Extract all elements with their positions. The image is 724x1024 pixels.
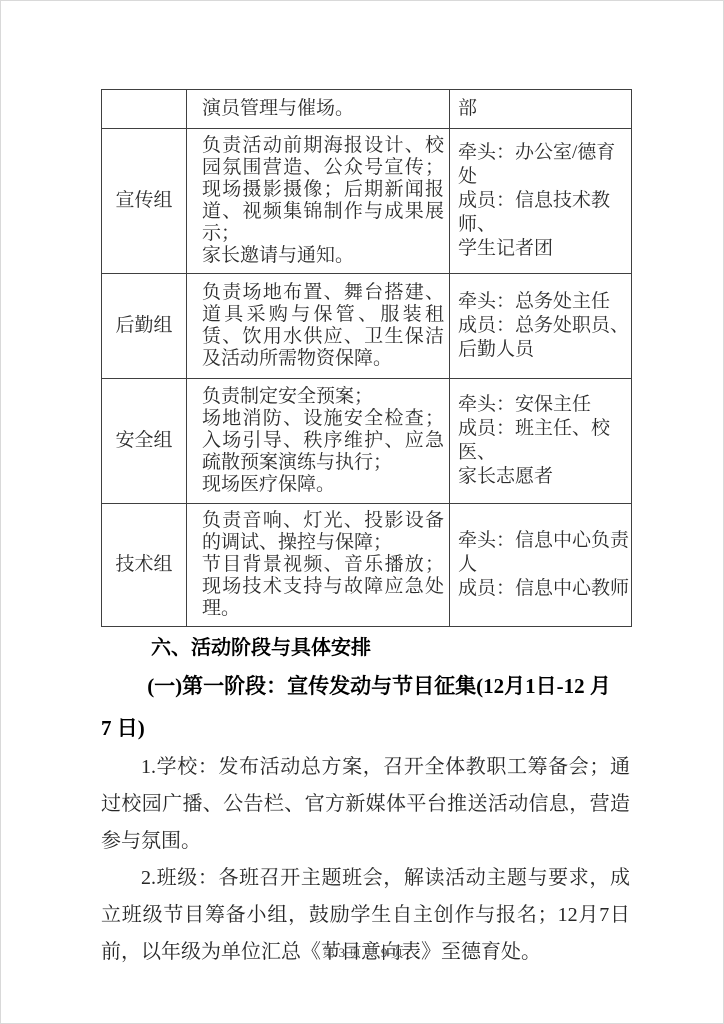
document-page: 演员管理与催场。 部 宣传组 负责活动前期海报设计、校园氛围营造、公众号宣传；现…: [0, 0, 724, 1024]
team-cell: 牵头：信息中心负责 人 成员：信息中心教师: [450, 504, 632, 627]
duty-cell: 负责活动前期海报设计、校园氛围营造、公众号宣传；现场摄影摄像；后期新闻报道、视频…: [187, 129, 450, 274]
table-row: 技术组 负责音响、灯光、投影设备的调试、操控与保障； 节目背景视频、音乐播放；现…: [102, 504, 632, 627]
duty-cell: 演员管理与催场。: [187, 90, 450, 129]
team-cell: 部: [450, 90, 632, 129]
team-cell: 牵头：安保主任 成员：班主任、校医、 家长志愿者: [450, 379, 632, 504]
page-number: 第 3 页 共 9 页: [1, 942, 724, 961]
table-row: 演员管理与催场。 部: [102, 90, 632, 129]
table-row: 后勤组 负责场地布置、舞台搭建、道具采购与保管、服装租赁、饮用水供应、卫生保洁及…: [102, 274, 632, 379]
duty-cell: 负责场地布置、舞台搭建、道具采购与保管、服装租赁、饮用水供应、卫生保洁及活动所需…: [187, 274, 450, 379]
group-cell: 技术组: [102, 504, 187, 627]
team-cell: 牵头：总务处主任 成员：总务处职员、 后勤人员: [450, 274, 632, 379]
table-row: 安全组 负责制定安全预案； 场地消防、设施安全检查；入场引导、秩序维护、应急疏散…: [102, 379, 632, 504]
duty-cell: 负责音响、灯光、投影设备的调试、操控与保障； 节目背景视频、音乐播放；现场技术支…: [187, 504, 450, 627]
section-heading: 六、活动阶段与具体安排: [101, 635, 630, 661]
group-cell: 安全组: [102, 379, 187, 504]
team-cell: 牵头：办公室/德育处 成员：信息技术教师、 学生记者团: [450, 129, 632, 274]
body-paragraph: 1.学校：发布活动总方案，召开全体教职工筹备会；通过校园广播、公告栏、官方新媒体…: [101, 749, 630, 860]
group-cell: [102, 90, 187, 129]
table-row: 宣传组 负责活动前期海报设计、校园氛围营造、公众号宣传；现场摄影摄像；后期新闻报…: [102, 129, 632, 274]
phase-heading: (一)第一阶段：宣传发动与节目征集(12月1日-12 月 7 日): [101, 665, 630, 749]
group-cell: 宣传组: [102, 129, 187, 274]
responsibility-table: 演员管理与催场。 部 宣传组 负责活动前期海报设计、校园氛围营造、公众号宣传；现…: [101, 89, 632, 627]
duty-cell: 负责制定安全预案； 场地消防、设施安全检查；入场引导、秩序维护、应急疏散预案演练…: [187, 379, 450, 504]
group-cell: 后勤组: [102, 274, 187, 379]
